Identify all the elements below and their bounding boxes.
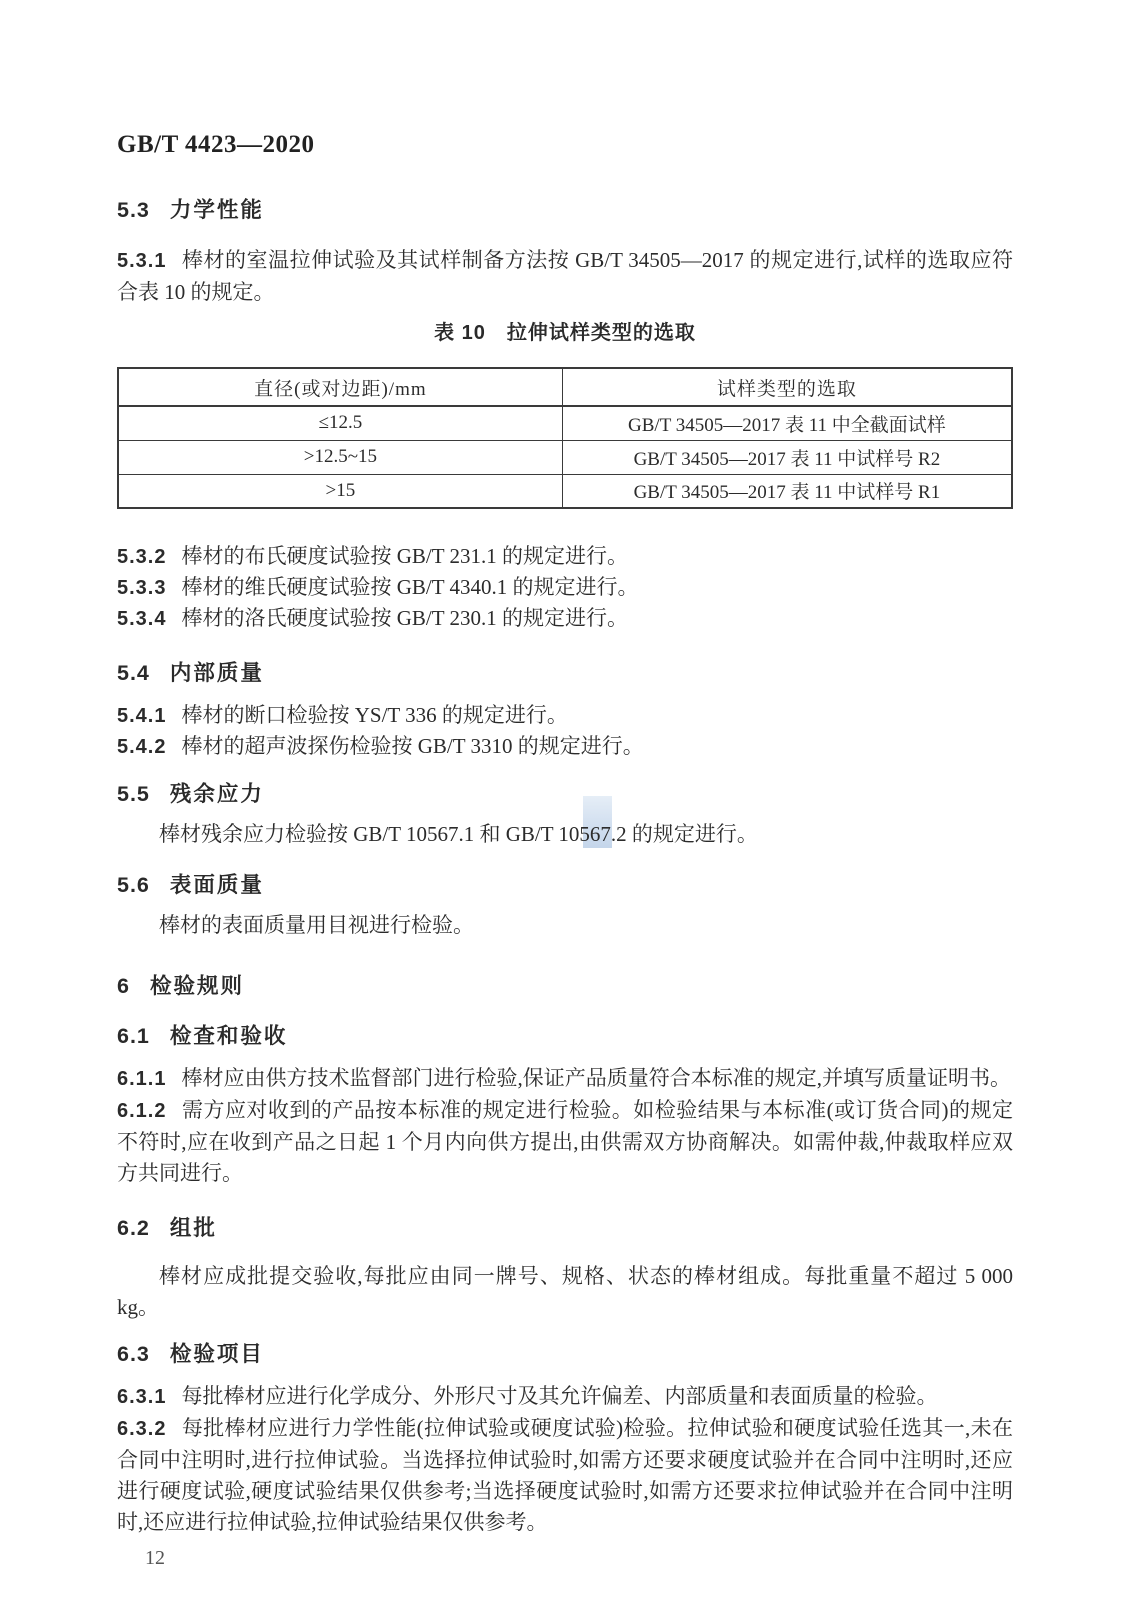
section-heading-5-6: 5.6表面质量: [117, 870, 1013, 900]
clause-number: 5.3.3: [117, 577, 166, 599]
clause-number: 5.4.1: [117, 705, 166, 727]
section-heading-6-1: 6.1检查和验收: [117, 1021, 1013, 1051]
paragraph-5-6: 棒材的表面质量用目视进行检验。: [117, 910, 1013, 941]
column-header-specimen: 试样类型的选取: [562, 368, 1012, 406]
table-cell: >12.5~15: [118, 440, 562, 474]
clause-number: 5.3.2: [117, 546, 166, 568]
section-title: 内部质量: [170, 661, 264, 685]
table-cell: ≤12.5: [118, 406, 562, 440]
section-number: 6.1: [117, 1021, 150, 1051]
clause-text: 棒材的洛氏硬度试验按 GB/T 230.1 的规定进行。: [181, 606, 627, 630]
clause-group-5-3: 5.3.2棒材的布氏硬度试验按 GB/T 231.1 的规定进行。 5.3.3棒…: [117, 541, 1013, 634]
paragraph-5-5: 棒材残余应力检验按 GB/T 10567.1 和 GB/T 10567.2 的规…: [117, 819, 1013, 850]
section-title: 组批: [170, 1216, 217, 1240]
clause-6-1-2: 6.1.2需方应对收到的产品按本标准的规定进行检验。如检验结果与本标准(或订货合…: [117, 1095, 1013, 1189]
section-number: 6.3: [117, 1339, 150, 1369]
clause-text: 每批棒材应进行化学成分、外形尺寸及其允许偏差、内部质量和表面质量的检验。: [181, 1384, 937, 1408]
section-number: 6: [117, 971, 130, 1001]
clause-6-1-1: 6.1.1棒材应由供方技术监督部门进行检验,保证产品质量符合本标准的规定,并填写…: [117, 1063, 1013, 1095]
clause-text: 需方应对收到的产品按本标准的规定进行检验。如检验结果与本标准(或订货合同)的规定…: [117, 1098, 1013, 1185]
paragraph-6-2: 棒材应成批提交验收,每批应由同一牌号、规格、状态的棒材组成。每批重量不超过 5 …: [117, 1261, 1013, 1323]
clause-text: 棒材的布氏硬度试验按 GB/T 231.1 的规定进行。: [181, 544, 627, 568]
section-heading-6: 6检验规则: [117, 971, 1013, 1001]
section-heading-6-3: 6.3检验项目: [117, 1339, 1013, 1369]
table-cell: GB/T 34505—2017 表 11 中试样号 R1: [562, 474, 1012, 508]
clause-text: 每批棒材应进行力学性能(拉伸试验或硬度试验)检验。拉伸试验和硬度试验任选其一,未…: [117, 1416, 1013, 1534]
table-cell: GB/T 34505—2017 表 11 中全截面试样: [562, 406, 1012, 440]
clause-number: 6.1.2: [117, 1100, 166, 1122]
clause-5-3-4: 5.3.4棒材的洛氏硬度试验按 GB/T 230.1 的规定进行。: [117, 603, 1013, 634]
page-content: GB/T 4423—2020 5.3力学性能 5.3.1棒材的室温拉伸试验及其试…: [0, 131, 1131, 1570]
section-number: 5.5: [117, 779, 150, 809]
table-cell: >15: [118, 474, 562, 508]
clause-5-3-3: 5.3.3棒材的维氏硬度试验按 GB/T 4340.1 的规定进行。: [117, 572, 1013, 603]
clause-text: 棒材的室温拉伸试验及其试样制备方法按 GB/T 34505—2017 的规定进行…: [117, 248, 1013, 304]
document-page: GB/T 4423—2020 5.3力学性能 5.3.1棒材的室温拉伸试验及其试…: [0, 0, 1131, 1600]
section-title: 检验规则: [150, 974, 244, 998]
table-row: ≤12.5 GB/T 34505—2017 表 11 中全截面试样: [118, 406, 1012, 440]
clause-6-3-1: 6.3.1每批棒材应进行化学成分、外形尺寸及其允许偏差、内部质量和表面质量的检验…: [117, 1381, 1013, 1413]
section-heading-5-3: 5.3力学性能: [117, 195, 1013, 225]
clause-text: 棒材的超声波探伤检验按 GB/T 3310 的规定进行。: [181, 734, 643, 758]
clause-text: 棒材的断口检验按 YS/T 336 的规定进行。: [181, 703, 567, 727]
clause-5-3-1: 5.3.1棒材的室温拉伸试验及其试样制备方法按 GB/T 34505—2017 …: [117, 245, 1013, 308]
section-title: 检查和验收: [170, 1024, 288, 1048]
doc-code: GB/T 4423—2020: [117, 131, 1013, 159]
section-number: 5.6: [117, 870, 150, 900]
section-heading-6-2: 6.2组批: [117, 1213, 1013, 1243]
section-number: 5.4: [117, 658, 150, 688]
section-number: 6.2: [117, 1213, 150, 1243]
section-title: 表面质量: [170, 873, 264, 897]
section-title: 检验项目: [170, 1342, 264, 1366]
clause-text: 棒材的维氏硬度试验按 GB/T 4340.1 的规定进行。: [181, 575, 638, 599]
clause-text: 棒材应由供方技术监督部门进行检验,保证产品质量符合本标准的规定,并填写质量证明书…: [181, 1066, 1011, 1090]
clause-6-3-2: 6.3.2每批棒材应进行力学性能(拉伸试验或硬度试验)检验。拉伸试验和硬度试验任…: [117, 1413, 1013, 1538]
table-row: >15 GB/T 34505—2017 表 11 中试样号 R1: [118, 474, 1012, 508]
section-heading-5-4: 5.4内部质量: [117, 658, 1013, 688]
table-head: 直径(或对边距)/mm 试样类型的选取: [118, 368, 1012, 406]
spec-table: 直径(或对边距)/mm 试样类型的选取 ≤12.5 GB/T 34505—201…: [117, 367, 1013, 509]
clause-number: 5.3.4: [117, 608, 166, 630]
column-header-diameter: 直径(或对边距)/mm: [118, 368, 562, 406]
clause-5-3-2: 5.3.2棒材的布氏硬度试验按 GB/T 231.1 的规定进行。: [117, 541, 1013, 572]
table-body: ≤12.5 GB/T 34505—2017 表 11 中全截面试样 >12.5~…: [118, 406, 1012, 508]
clause-number: 5.4.2: [117, 736, 166, 758]
clause-number: 5.3.1: [117, 250, 166, 272]
table-header-row: 直径(或对边距)/mm 试样类型的选取: [118, 368, 1012, 406]
section-number: 5.3: [117, 195, 150, 225]
clause-number: 6.3.2: [117, 1418, 166, 1440]
section-title: 力学性能: [170, 198, 264, 222]
table-caption: 表 10 拉伸试样类型的选取: [117, 316, 1013, 345]
table-cell: GB/T 34505—2017 表 11 中试样号 R2: [562, 440, 1012, 474]
section-title: 残余应力: [170, 782, 264, 806]
clause-5-4-2: 5.4.2棒材的超声波探伤检验按 GB/T 3310 的规定进行。: [117, 731, 1013, 762]
page-number: 12: [117, 1547, 1013, 1570]
clause-number: 6.1.1: [117, 1068, 166, 1090]
table-row: >12.5~15 GB/T 34505—2017 表 11 中试样号 R2: [118, 440, 1012, 474]
clause-5-4-1: 5.4.1棒材的断口检验按 YS/T 336 的规定进行。: [117, 700, 1013, 731]
clause-group-5-4: 5.4.1棒材的断口检验按 YS/T 336 的规定进行。 5.4.2棒材的超声…: [117, 700, 1013, 762]
clause-number: 6.3.1: [117, 1386, 166, 1408]
section-heading-5-5: 5.5残余应力: [117, 779, 1013, 809]
